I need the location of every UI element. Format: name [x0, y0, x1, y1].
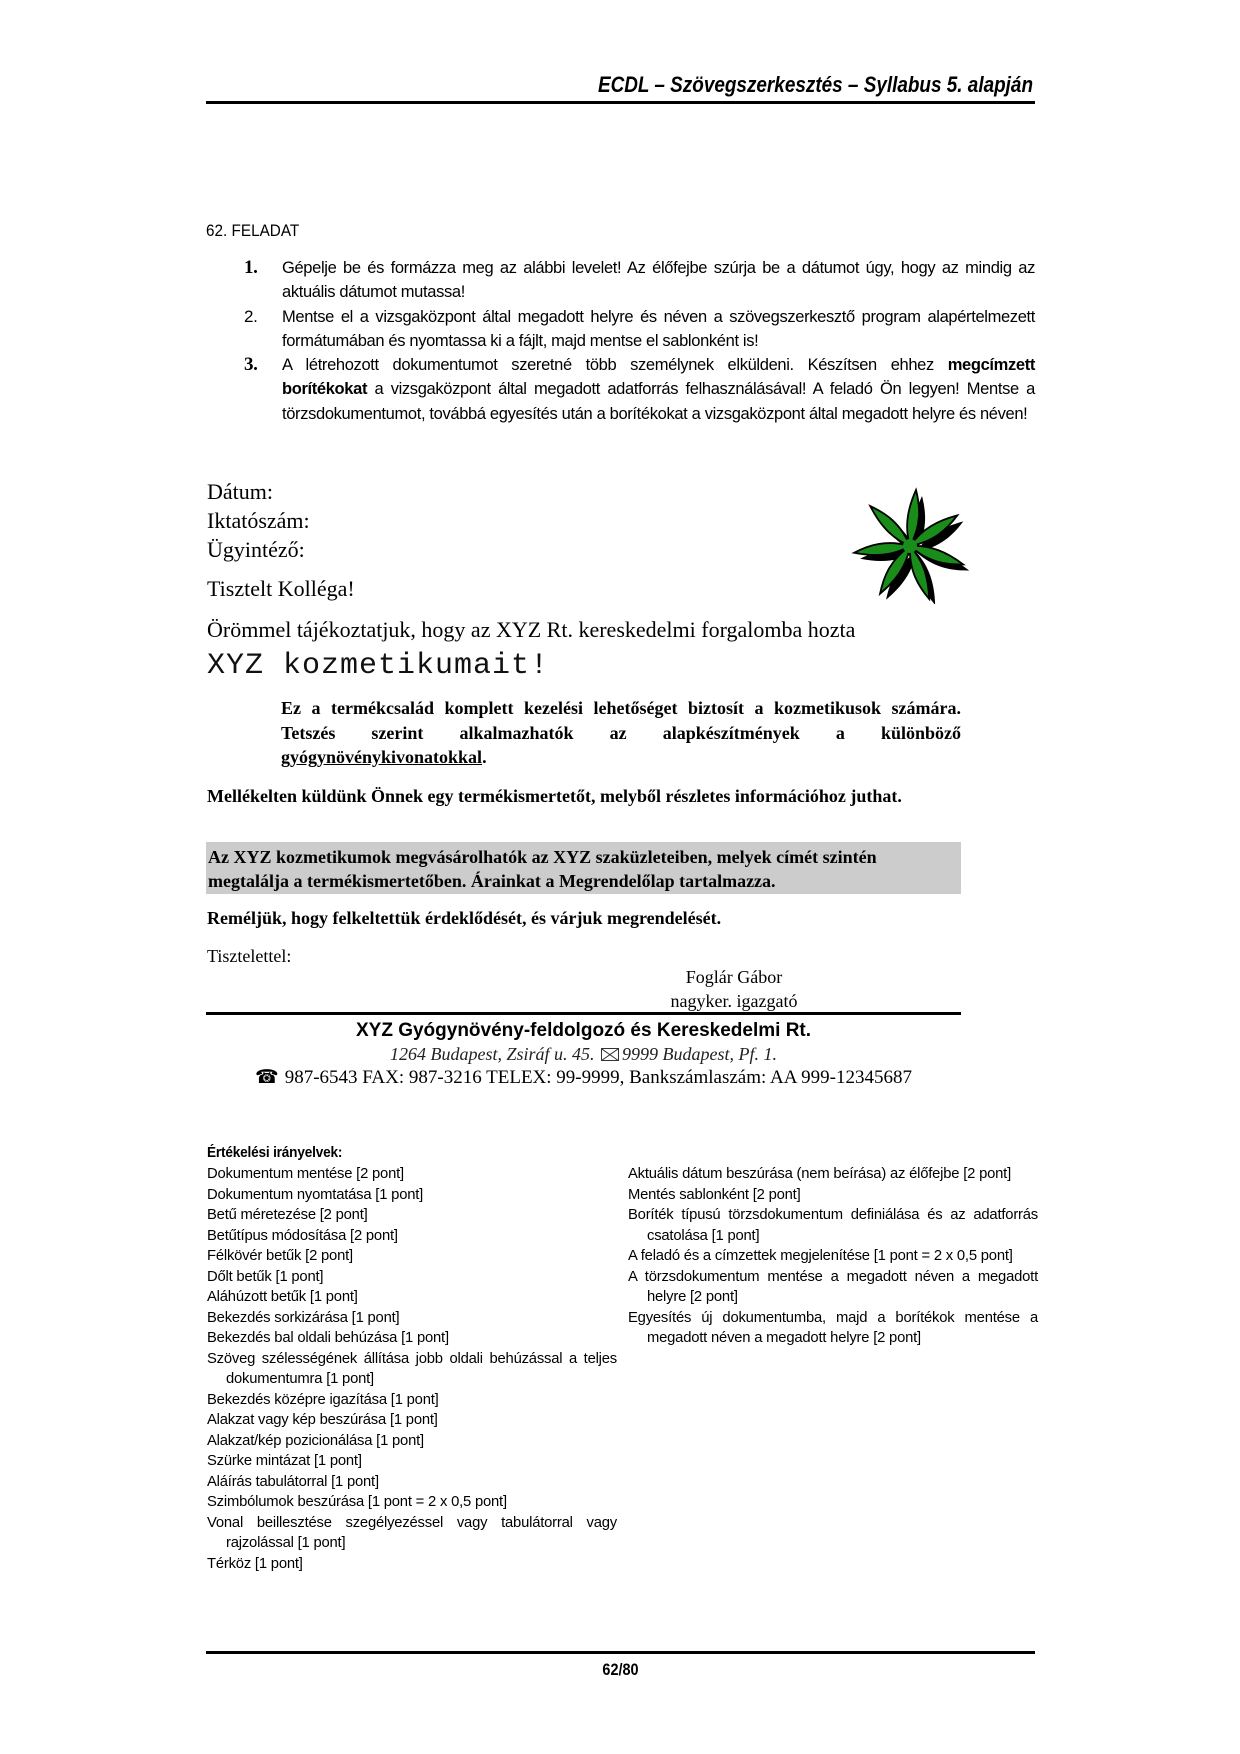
- header-divider: [206, 101, 1035, 104]
- contact-numbers: 987-6543 FAX: 987-3216 TELEX: 99-9999, B…: [285, 1067, 912, 1088]
- task-item: 2. Mentse el a vizsgaközpont által megad…: [206, 305, 1035, 354]
- address-street: 1264 Budapest, Zsiráf u. 45.: [390, 1044, 595, 1064]
- task-item-text: Gépelje be és formázza meg az alábbi lev…: [282, 259, 1035, 301]
- company-address: 1264 Budapest, Zsiráf u. 45. 9999 Budape…: [206, 1043, 961, 1065]
- task-item-number: 2.: [244, 305, 257, 329]
- task-list: 1. Gépelje be és formázza meg az alábbi …: [206, 256, 1035, 426]
- shaded-text-end: a Megrendelőlap tartalmazza.: [545, 871, 775, 891]
- evaluation-title: Értékelési irányelvek:: [207, 1143, 342, 1164]
- letter-regards: Tisztelettel:: [207, 944, 291, 968]
- indented-end: .: [482, 747, 487, 767]
- evaluation-item: Aktuális dátum beszúrása (nem beírása) a…: [628, 1164, 1038, 1185]
- signature-block: Foglár Gábor nagyker. igazgató: [600, 965, 868, 1013]
- shaded-bold-text: Árainkat: [471, 871, 541, 891]
- evaluation-item: Bekezdés bal oldali behúzása [1 pont]: [207, 1328, 617, 1349]
- evaluation-item: Szürke mintázat [1 pont]: [207, 1451, 617, 1472]
- signer-title: nagyker. igazgató: [600, 989, 868, 1013]
- letter-attachment-paragraph: Mellékelten küldünk Önnek egy termékisme…: [207, 784, 947, 808]
- evaluation-list-right: Aktuális dátum beszúrása (nem beírása) a…: [628, 1164, 1038, 1349]
- envelope-icon: [601, 1048, 619, 1061]
- indented-underlined-text: gyógynövénykivonatokkal: [281, 747, 482, 767]
- evaluation-item: Bekezdés középre igazítása [1 pont]: [207, 1390, 617, 1411]
- task-title: 62. FELADAT: [206, 221, 299, 241]
- evaluation-item: Bekezdés sorkizárása [1 pont]: [207, 1308, 617, 1329]
- shaded-text: Az XYZ kozmetikumok megvásárolhatók az X…: [208, 847, 877, 891]
- letter-intro: Örömmel tájékoztatjuk, hogy az XYZ Rt. k…: [207, 616, 855, 644]
- evaluation-item: Vonal beillesztése szegélyezéssel vagy t…: [207, 1513, 617, 1554]
- letter-greeting: Tisztelt Kolléga!: [207, 575, 355, 603]
- footer-divider: [206, 1651, 1035, 1654]
- task-item: 1. Gépelje be és formázza meg az alábbi …: [206, 256, 1035, 305]
- green-plant-icon: [838, 484, 976, 604]
- field-reference-label: Iktatószám:: [207, 506, 310, 535]
- company-name: XYZ Gyógynövény-feldolgozó és Kereskedel…: [206, 1019, 961, 1043]
- task-item-number: 1.: [244, 256, 258, 280]
- task-item-text: Mentse el a vizsgaközpont által megadott…: [282, 308, 1035, 350]
- evaluation-item: Aláhúzott betűk [1 pont]: [207, 1287, 617, 1308]
- evaluation-item: Betűtípus módosítása [2 pont]: [207, 1226, 617, 1247]
- field-date-label: Dátum:: [207, 477, 310, 506]
- letter-closing: Reméljük, hogy felkeltettük érdeklődését…: [207, 906, 721, 930]
- task-item: 3. A létrehozott dokumentumot szeretné t…: [206, 353, 1035, 426]
- page-number: 62/80: [268, 1659, 973, 1681]
- letter-indented-paragraph: Ez a termékcsalád komplett kezelési lehe…: [281, 696, 961, 770]
- task-item-number: 3.: [244, 353, 258, 377]
- evaluation-item: Egyesítés új dokumentumba, majd a boríté…: [628, 1308, 1038, 1349]
- evaluation-item: Dokumentum nyomtatása [1 pont]: [207, 1185, 617, 1206]
- evaluation-item: Aláírás tabulátorral [1 pont]: [207, 1472, 617, 1493]
- evaluation-item: Alakzat/kép pozicionálása [1 pont]: [207, 1431, 617, 1452]
- evaluation-list-left: Dokumentum mentése [2 pont]Dokumentum ny…: [207, 1164, 617, 1574]
- letter-slogan: XYZ kozmetikumait!: [207, 648, 549, 684]
- signer-name: Foglár Gábor: [600, 965, 868, 989]
- shaded-paragraph: Az XYZ kozmetikumok megvásárolhatók az X…: [208, 845, 961, 893]
- page-header-title: ECDL – Szövegszerkesztés – Syllabus 5. a…: [322, 72, 1033, 98]
- signature-divider: [206, 1012, 961, 1015]
- field-administrator-label: Ügyintéző:: [207, 535, 310, 564]
- evaluation-item: A törzsdokumentum mentése a megadott név…: [628, 1267, 1038, 1308]
- evaluation-item: Félkövér betűk [2 pont]: [207, 1246, 617, 1267]
- evaluation-item: Boríték típusú törzsdokumentum definiálá…: [628, 1205, 1038, 1246]
- evaluation-item: Szimbólumok beszúrása [1 pont = 2 x 0,5 …: [207, 1492, 617, 1513]
- address-po-box: 9999 Budapest, Pf. 1.: [622, 1044, 777, 1064]
- company-contact: ☎987-6543 FAX: 987-3216 TELEX: 99-9999, …: [206, 1066, 961, 1090]
- task-item-text: a vizsgaközpont által megadott adatforrá…: [282, 380, 1035, 422]
- evaluation-item: A feladó és a címzettek megjelenítése [1…: [628, 1246, 1038, 1267]
- task-item-text: A létrehozott dokumentumot szeretné több…: [282, 356, 934, 374]
- evaluation-item: Dokumentum mentése [2 pont]: [207, 1164, 617, 1185]
- evaluation-item: Térköz [1 pont]: [207, 1554, 617, 1575]
- evaluation-item: Alakzat vagy kép beszúrása [1 pont]: [207, 1410, 617, 1431]
- letter-fields: Dátum: Iktatószám: Ügyintéző:: [207, 477, 310, 564]
- evaluation-item: Betű méretezése [2 pont]: [207, 1205, 617, 1226]
- evaluation-item: Szöveg szélességének állítása jobb oldal…: [207, 1349, 617, 1390]
- indented-text: Ez a termékcsalád komplett kezelési lehe…: [281, 698, 961, 743]
- evaluation-item: Mentés sablonként [2 pont]: [628, 1185, 1038, 1206]
- evaluation-item: Dőlt betűk [1 pont]: [207, 1267, 617, 1288]
- telephone-icon: ☎: [255, 1066, 279, 1090]
